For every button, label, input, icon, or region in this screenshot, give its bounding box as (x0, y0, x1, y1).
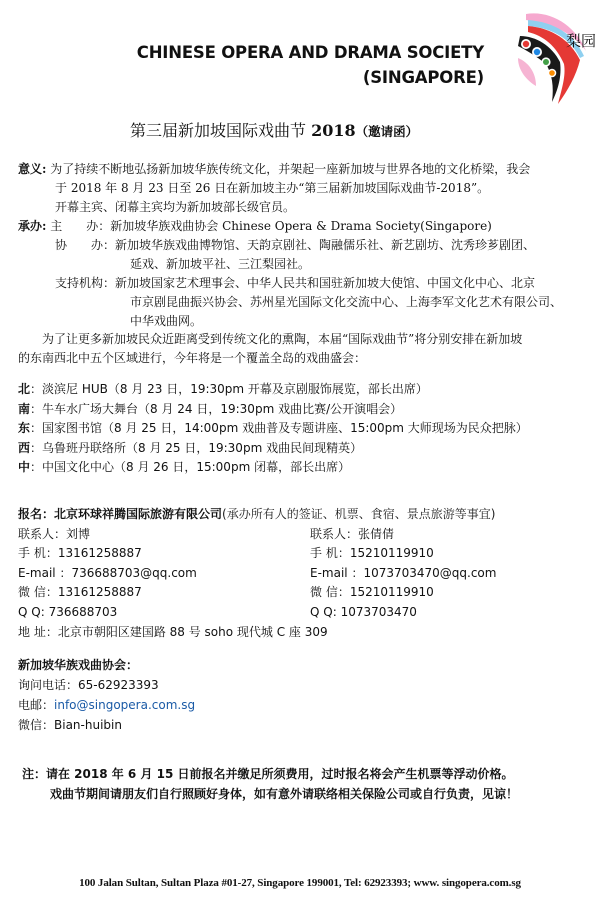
co-organizer-value-2: 延戏、新加坡平社、三江梨园社。 (18, 255, 578, 274)
schedule-item-east: 东：国家图书馆（8 月 25 日，14:00pm 戏曲普及专题讲座、15:00p… (18, 419, 528, 439)
contact-qq: Q Q: 736688703 (18, 603, 300, 623)
notice-line2: 戏曲节期间请朋友们自行照顾好身体，如有意外请联络相关保险公司或自行负责，见谅！ (22, 784, 518, 804)
contact-email: E-mail ：1073703470@qq.com (310, 564, 582, 584)
schedule-item-central: 中：中国文化中心（8 月 26 日，15:00pm 闭幕，部长出席） (18, 458, 528, 478)
email-link[interactable]: info@singopera.com.sg (54, 698, 195, 712)
registration-note: (承办所有人的签证、机票、食宿、景点旅游等事宜) (222, 507, 495, 521)
title-main: 第三届新加坡国际戏曲节 (130, 121, 306, 140)
title-year: 2018 (311, 121, 356, 140)
supporters-value-3: 中华戏曲网。 (18, 312, 578, 331)
co-organizer-value-1: 新加坡华族戏曲博物馆、天韵京剧社、陶融儒乐社、新艺剧坊、沈秀珍芗剧团、 (115, 238, 535, 252)
registration-agency: 报名：北京环球祥腾国际旅游有限公司 (18, 507, 222, 521)
registration-section: 报名：北京环球祥腾国际旅游有限公司(承办所有人的签证、机票、食宿、景点旅游等事宜… (18, 505, 588, 642)
schedule-item-north: 北：淡滨尼 HUB（8 月 23 日，19:30pm 开幕及京剧服饰展览，部长出… (18, 380, 528, 400)
significance-line1: 为了持续不断地弘扬新加坡华族传统文化，并架起一座新加坡与世界各地的文化桥梁，我会 (50, 162, 530, 176)
co-organizer-key: 协 办： (55, 238, 115, 252)
supporters-key: 支持机构： (55, 276, 115, 290)
significance-line3: 开幕主宾、闭幕主宾均为新加坡部长级官员。 (18, 198, 578, 217)
organization-name: CHINESE OPERA AND DRAMA SOCIETY (SINGAPO… (137, 40, 484, 90)
organizers-section: 承办: 主 办：新加坡华族戏曲协会 Chinese Opera & Drama … (18, 217, 578, 331)
significance-label: 意义: (18, 162, 46, 176)
intro-line1: 为了让更多新加坡民众近距离受到传统文化的熏陶，本届“国际戏曲节”将分别安排在新加… (18, 330, 578, 349)
schedule-item-south: 南：牛车水广场大舞台（8 月 24 日，19:30pm 戏曲比赛/公开演唱会） (18, 400, 528, 420)
contact-wechat: 微 信：15210119910 (310, 583, 582, 603)
significance-line2: 于 2018 年 8 月 23 日至 26 日在新加坡主办“第三届新加坡国际戏曲… (18, 179, 578, 198)
liyuan-logo-icon: 梨园 (506, 6, 596, 106)
contact-wechat: 微 信：13161258887 (18, 583, 300, 603)
contact-card-2: 联系人：张倩倩 手 机：15210119910 E-mail ：10737034… (300, 525, 582, 623)
contact-qq: Q Q: 1073703470 (310, 603, 582, 623)
organizers-label: 承办: (18, 219, 46, 233)
footer-address: 100 Jalan Sultan, Sultan Plaza #01-27, S… (0, 877, 600, 889)
wechat-label: 微信： (18, 718, 54, 732)
intro-paragraph: 为了让更多新加坡民众近距离受到传统文化的熏陶，本届“国际戏曲节”将分别安排在新加… (18, 330, 578, 368)
supporters-value-2: 市京剧昆曲振兴协会、苏州星光国际文化交流中心、上海李军文化艺术有限公司、 (18, 293, 578, 312)
notice-line1: 注：请在 2018 年 6 月 15 日前报名并缴足所须费用，过时报名将会产生机… (22, 764, 518, 784)
registration-address: 地 址：北京市朝阳区建国路 88 号 soho 现代城 C 座 309 (18, 623, 588, 643)
schedule-item-west: 西：乌鲁班丹联络所（8 月 25 日，19:30pm 戏曲民间现精英） (18, 439, 528, 459)
host-key: 主 办： (50, 219, 110, 233)
document-title: 第三届新加坡国际戏曲节 2018（邀请函） (130, 118, 418, 141)
contact-card-1: 联系人：刘博 手 机：13161258887 E-mail ：736688703… (18, 525, 300, 623)
society-contact-section: 新加坡华族戏曲协会： 询问电话：65-62923393 电邮：info@sing… (18, 655, 195, 735)
intro-line2: 的东南西北中五个区域进行，今年将是一个覆盖全岛的戏曲盛会： (18, 349, 578, 368)
wechat-value: Bian-huibin (54, 718, 122, 732)
notice-section: 注：请在 2018 年 6 月 15 日前报名并缴足所须费用，过时报名将会产生机… (22, 764, 518, 804)
phone-value: 65-62923393 (78, 678, 159, 692)
society-title: 新加坡华族戏曲协会： (18, 655, 195, 675)
contact-email: E-mail ：736688703@qq.com (18, 564, 300, 584)
org-name-line2: (SINGAPORE) (137, 65, 484, 90)
supporters-value-1: 新加坡国家艺术理事会、中华人民共和国驻新加坡大使馆、中国文化中心、北京 (115, 276, 535, 290)
contact-name: 联系人：张倩倩 (310, 525, 582, 545)
host-value: 新加坡华族戏曲协会 Chinese Opera & Drama Society(… (110, 219, 492, 233)
email-label: 电邮： (18, 698, 54, 712)
title-sub: （邀请函） (356, 124, 419, 139)
contact-mobile: 手 机：15210119910 (310, 544, 582, 564)
schedule-list: 北：淡滨尼 HUB（8 月 23 日，19:30pm 开幕及京剧服饰展览，部长出… (18, 380, 528, 478)
phone-label: 询问电话： (18, 678, 78, 692)
contact-mobile: 手 机：13161258887 (18, 544, 300, 564)
svg-text:梨园: 梨园 (566, 32, 596, 50)
org-name-line1: CHINESE OPERA AND DRAMA SOCIETY (137, 40, 484, 65)
contact-name: 联系人：刘博 (18, 525, 300, 545)
significance-section: 意义: 为了持续不断地弘扬新加坡华族传统文化，并架起一座新加坡与世界各地的文化桥… (18, 160, 578, 217)
